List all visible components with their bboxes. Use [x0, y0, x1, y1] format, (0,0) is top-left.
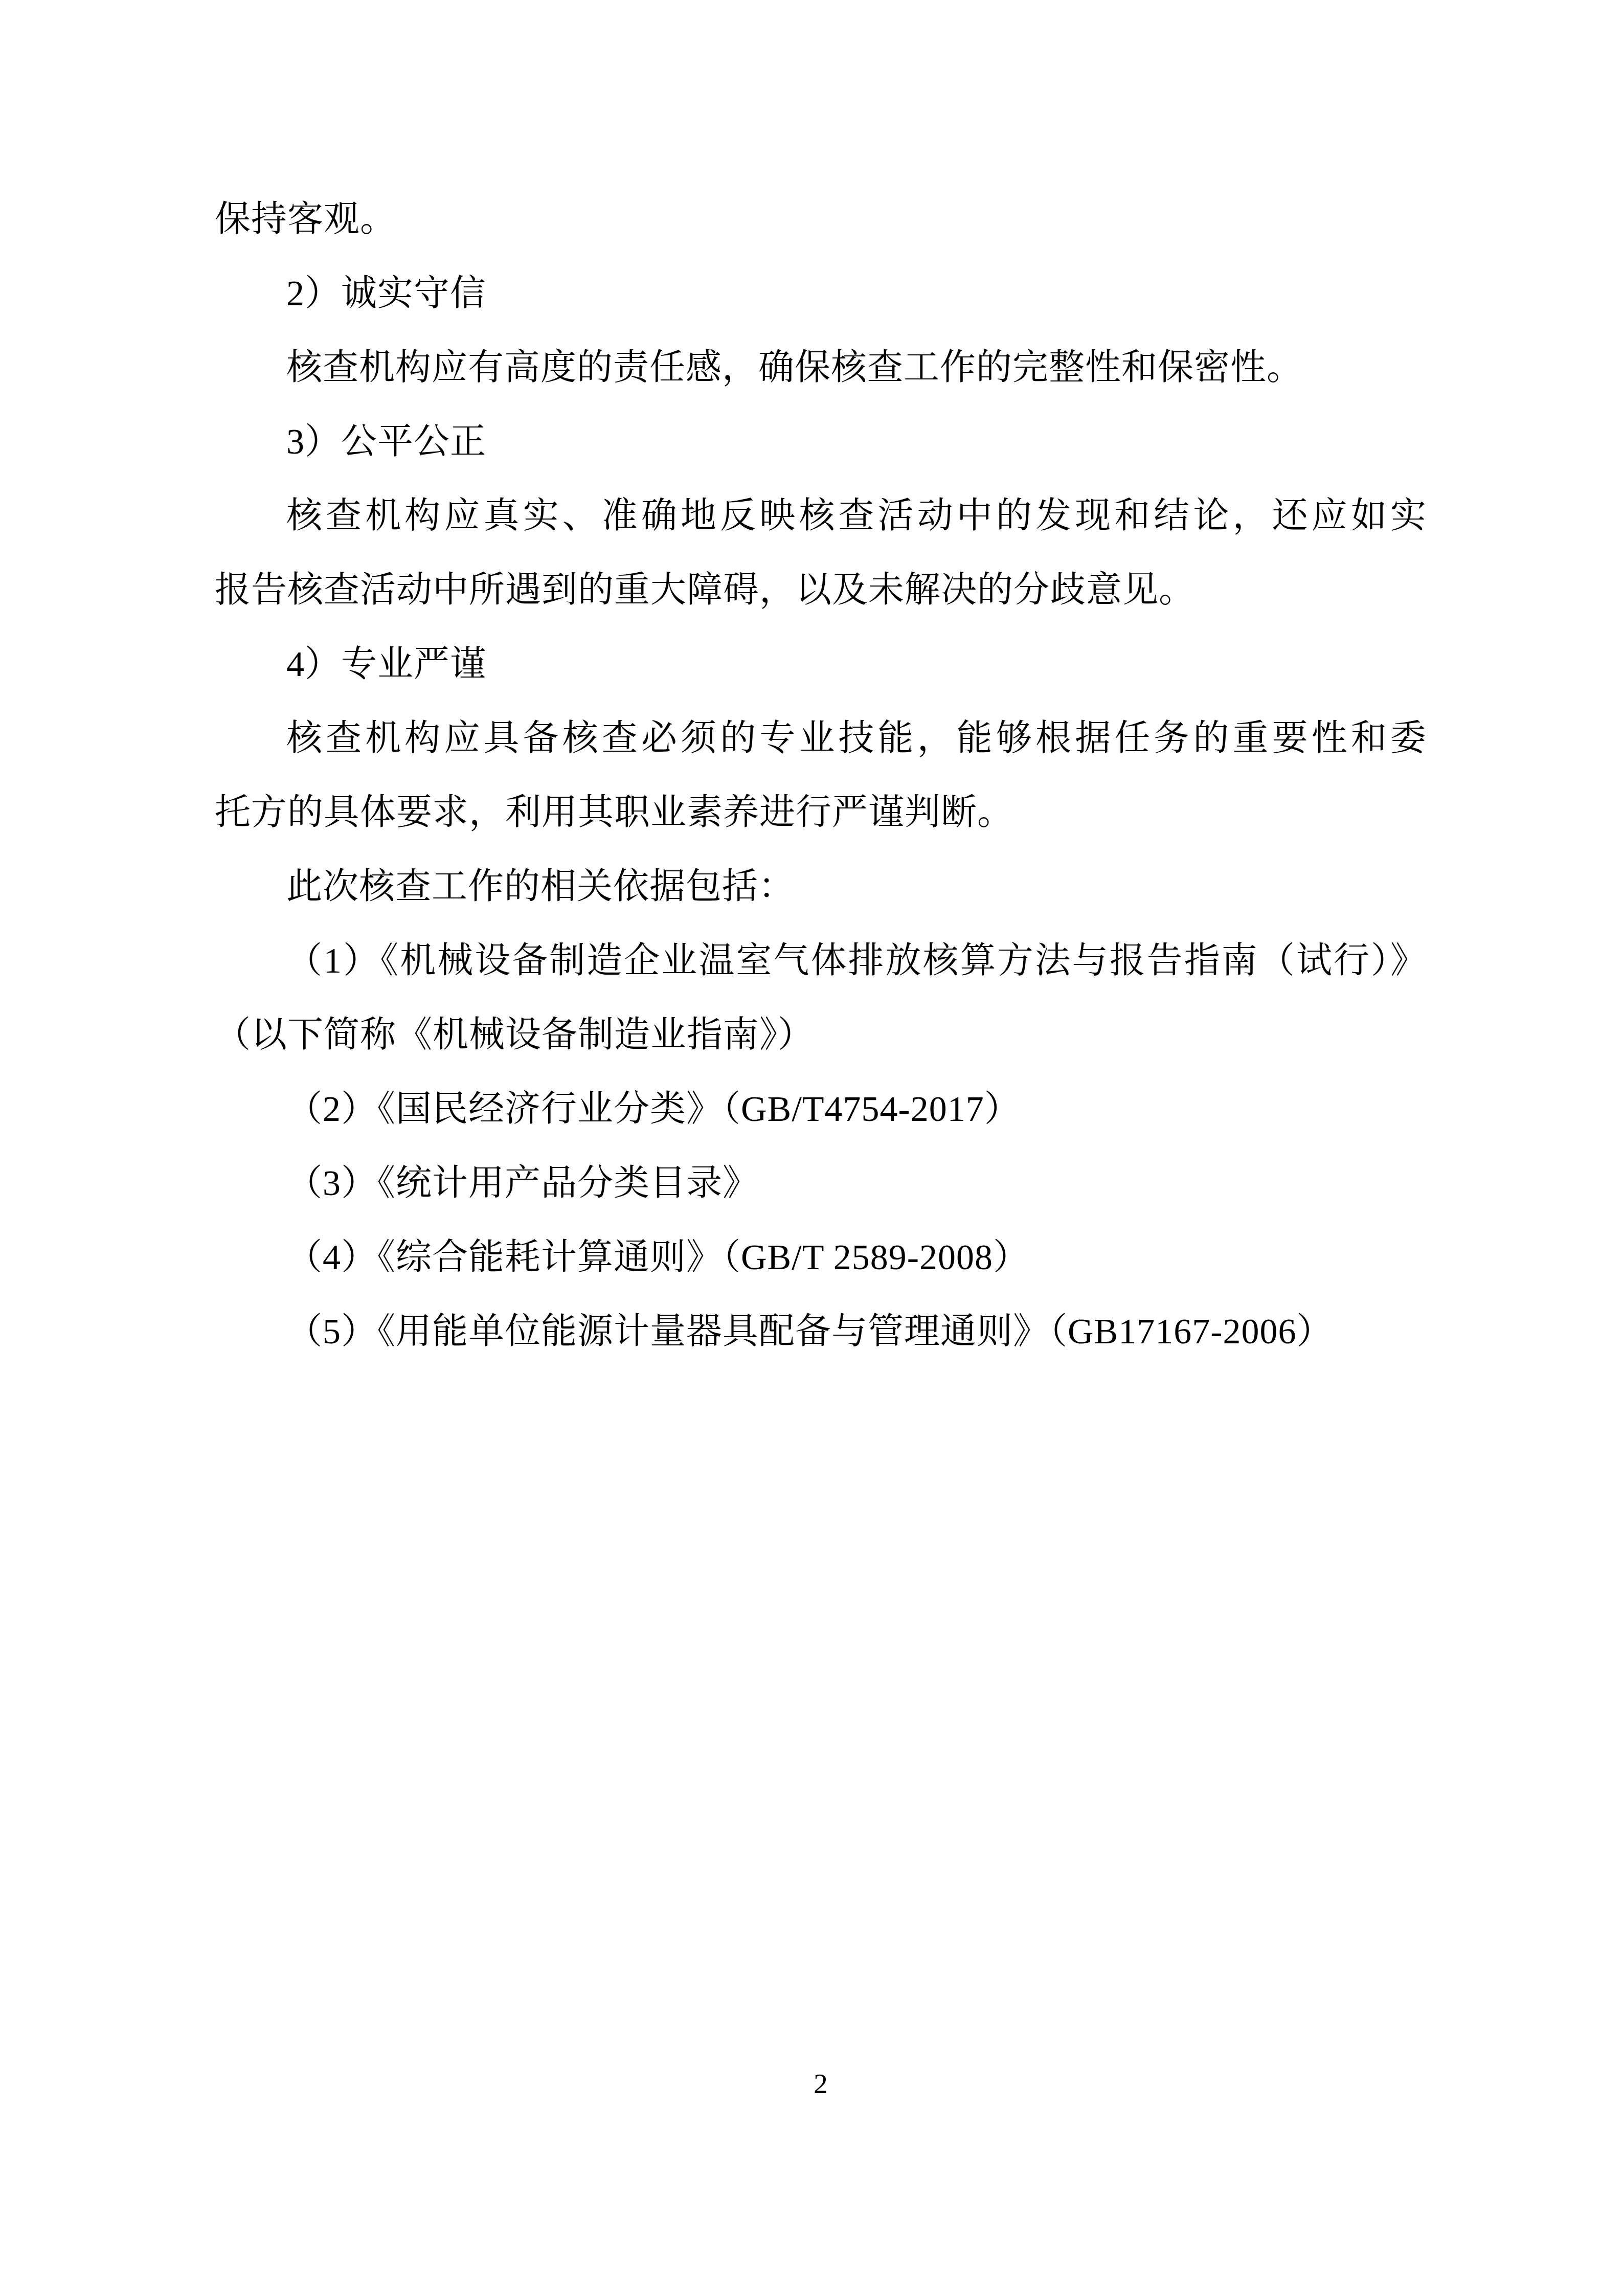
text-line: 托方的具体要求，利用其职业素养进行严谨判断。 [215, 776, 1427, 850]
document-body: 保持客观。 2）诚实守信 核查机构应有高度的责任感，确保核查工作的完整性和保密性… [215, 183, 1427, 1369]
page-number: 2 [215, 2066, 1427, 2102]
text-line: （4）《综合能耗计算通则》（GB/T 2589-2008） [215, 1221, 1427, 1295]
text-line: 核查机构应具备核查必须的专业技能，能够根据任务的重要性和委 [215, 702, 1427, 776]
text-line: 核查机构应真实、准确地反映核查活动中的发现和结论，还应如实 [215, 479, 1427, 553]
text-line: 2）诚实守信 [215, 257, 1427, 331]
document-page: 保持客观。 2）诚实守信 核查机构应有高度的责任感，确保核查工作的完整性和保密性… [0, 0, 1624, 2296]
text-line: 保持客观。 [215, 183, 1427, 257]
text-line: 4）专业严谨 [215, 627, 1427, 702]
text-line: 3）公平公正 [215, 405, 1427, 479]
text-line: （以下简称《机械设备制造业指南》） [215, 998, 1427, 1072]
text-line: 核查机构应有高度的责任感，确保核查工作的完整性和保密性。 [215, 331, 1427, 405]
text-line: （1）《机械设备制造企业温室气体排放核算方法与报告指南（试行）》 [215, 924, 1427, 998]
text-line: （5）《用能单位能源计量器具配备与管理通则》（GB17167-2006） [215, 1295, 1427, 1369]
text-line: （3）《统计用产品分类目录》 [215, 1146, 1427, 1221]
text-line: 此次核查工作的相关依据包括： [215, 850, 1427, 924]
text-line: 报告核查活动中所遇到的重大障碍，以及未解决的分歧意见。 [215, 553, 1427, 627]
text-line: （2）《国民经济行业分类》（GB/T4754-2017） [215, 1072, 1427, 1146]
